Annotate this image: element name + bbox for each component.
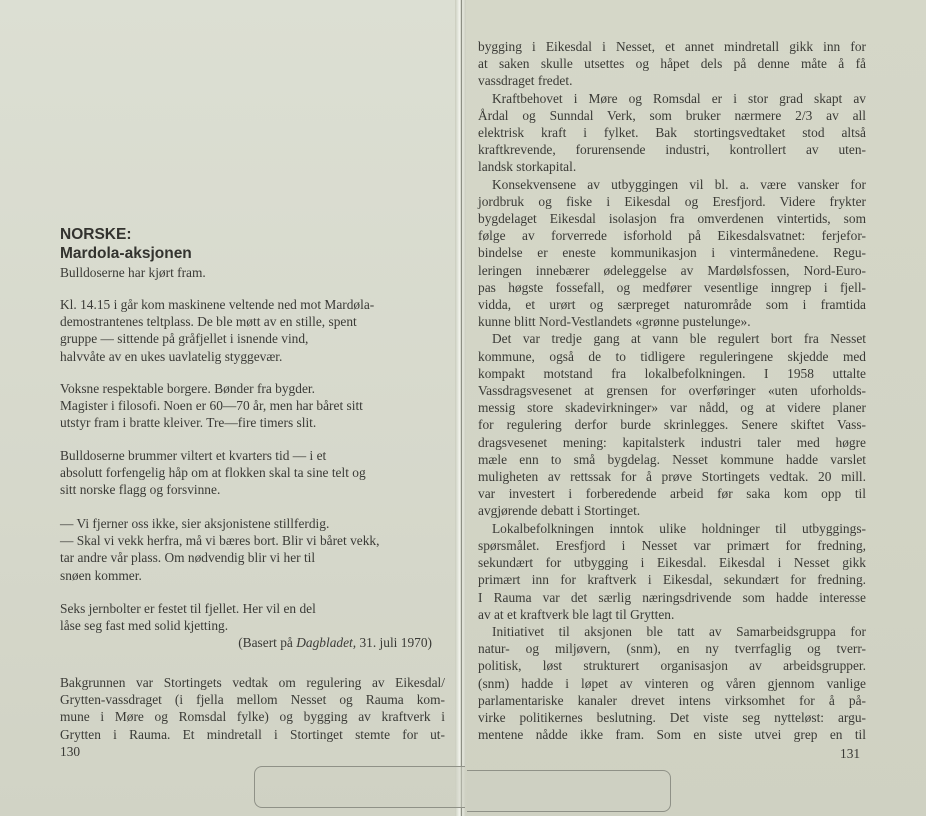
text-line: bygging i Eikesdal i Nesset, et annet mi… [478,38,866,55]
text-line: at saken skulle utsettes og håpet dels p… [478,55,866,72]
paragraph: — Vi fjerner oss ikke, sier aksjonistene… [60,515,445,584]
text-line: halvvåte av en ukes uavlatelig styggevær… [60,348,445,365]
text-line: bindelse er eneste kommunikasjon i vinte… [478,244,866,261]
page-tab-outline-right [467,770,671,812]
text-line: primært inn for kraftverk i Eikesdal, se… [478,571,866,588]
article-title: Mardola-aksjonen [60,245,192,263]
text-line: av at et kraftverk ble lagt til Grytten. [478,606,866,623]
lead-text: Bulldoserne har kjørt fram. [60,264,445,281]
text-line: — Skal vi vekk herfra, må vi bæres bort.… [60,532,445,549]
text-line: demostrantenes teltplass. De ble møtt av… [60,313,445,330]
text-line: politisk, løst strukturert organisasjon … [478,657,866,674]
text-line: følge av forverrede isforhold på Eikesda… [478,227,866,244]
text-line: kunne blitt Nord-Vestlandets «grønne pus… [478,313,866,330]
text-line: Magister i filosofi. Noen er 60—70 år, m… [60,397,445,414]
paragraph: Seks jernbolter er festet til fjellet. H… [60,600,445,634]
text-line: Grytten-vassdraget (i fjella mellom Ness… [60,691,445,708]
text-line: utstyr fram i bratte kleiver. Tre—fire t… [60,414,445,431]
text-line: kompakt motstand fra lokalbefolkningen. … [478,365,866,382]
text-line: låse seg fast med solid kjetting. [60,617,445,634]
text-line: vidda, et urørt og særpreget naturområde… [478,296,866,313]
text-line: Kraftbehovet i Møre og Romsdal er i stor… [478,90,866,107]
text-line: pas høgste fossefall, og medfører vesent… [478,279,866,296]
text-line: Grytten i Rauma. Et mindretall i Stortin… [60,726,445,743]
text-line: mune i Møre og Romsdal fylke) og bygging… [60,708,445,725]
text-line: (snm) hadde i løpet av vinteren og våren… [478,675,866,692]
text-line: Det var tredje gang at vann ble regulert… [478,330,866,347]
text-line: bygdelaget Eikesdal isolasjon fra omverd… [478,210,866,227]
text-line: vassdraget fredet. [478,72,866,89]
citation-source: Dagbladet, [296,635,356,650]
text-line: mæle enn to små bygdelag. Nesset kommune… [478,451,866,468]
text-line: virke politikernes beslutning. Det viste… [478,709,866,726]
text-line: Initiativet til aksjonen ble tatt av Sam… [478,623,866,640]
citation-suffix: 31. juli 1970) [356,635,432,650]
text-line: mentene nådde ikke fram. Som en siste ut… [478,726,866,743]
spine-crease [461,0,462,816]
text-line: Årdal og Sunndal Verk, som bruker nærmer… [478,107,866,124]
text-line: Vassdragsvesenet at grensen for overføri… [478,382,866,399]
text-line: spørsmålet. Eresfjord i Nesset var primæ… [478,537,866,554]
text-line: sitt norske flagg og forsvinne. [60,481,445,498]
text-line: kraftkrevende, forurensende industri, ko… [478,141,866,158]
text-line: avgjørende debatt i Stortinget. [478,502,866,519]
background-paragraph: Bakgrunnen var Stortingets vedtak om reg… [60,674,445,743]
text-line: Bulldoserne brummer viltert et kvarters … [60,447,445,464]
page-number-right: 131 [840,746,860,762]
text-line: leringen innebærer ødeleggelse av Mardøl… [478,262,866,279]
text-line: I Rauma var det særlig næringsdrivende s… [478,589,866,606]
text-line: snøen kommer. [60,567,445,584]
text-line: — Vi fjerner oss ikke, sier aksjonistene… [60,515,445,532]
text-line: var investert i forberedende arbeid før … [478,485,866,502]
text-line: kommune, også de to tidligere regulering… [478,348,866,365]
text-line: tar andre vår plass. Om nødvendig blir v… [60,549,445,566]
section-label: NORSKE: [60,226,131,244]
paragraph: Kl. 14.15 i går kom maskinene veltende n… [60,296,445,365]
text-line: messig store skadevirkninger» var nådd, … [478,399,866,416]
right-page-body: bygging i Eikesdal i Nesset, et annet mi… [478,38,866,743]
text-line: Lokalbefolkningen inntok ulike holdninge… [478,520,866,537]
text-line: jordbruk og fiske i Eikesdal og Eresfjor… [478,193,866,210]
lead-line: Bulldoserne har kjørt fram. [60,264,445,281]
text-line: muligheten av rettssak for å prøve Stort… [478,468,866,485]
text-line: Bakgrunnen var Stortingets vedtak om reg… [60,674,445,691]
text-line: sekundært for utbygging i Eikesdal. Eike… [478,554,866,571]
citation: (Basert på Dagbladet, 31. juli 1970) [60,634,432,651]
page-tab-outline-left [254,766,465,808]
text-line: for regulering derfor burde skrinlegges.… [478,416,866,433]
citation-prefix: (Basert på [238,635,296,650]
page-number-left: 130 [60,744,80,760]
text-line: Kl. 14.15 i går kom maskinene veltende n… [60,296,445,313]
text-line: natur- og miljøvern, (snm), en ny tverrf… [478,640,866,657]
text-line: gruppe — sittende på gråfjellet i isnend… [60,330,445,347]
text-line: Voksne respektable borgere. Bønder fra b… [60,380,445,397]
text-line: landsk storkapital. [478,158,866,175]
text-line: absolutt forfengelig håp om at flokken s… [60,464,445,481]
text-line: Seks jernbolter er festet til fjellet. H… [60,600,445,617]
text-line: dragsvesenet mening: kapitalsterk indust… [478,434,866,451]
paragraph: Bulldoserne brummer viltert et kvarters … [60,447,445,499]
text-line: parlamentariske kanaler drevet intens vi… [478,692,866,709]
text-line: Konsekvensene av utbyggingen vil bl. a. … [478,176,866,193]
paragraph: Voksne respektable borgere. Bønder fra b… [60,380,445,432]
text-line: elektrisk kraft i fylket. Bak stortingsv… [478,124,866,141]
